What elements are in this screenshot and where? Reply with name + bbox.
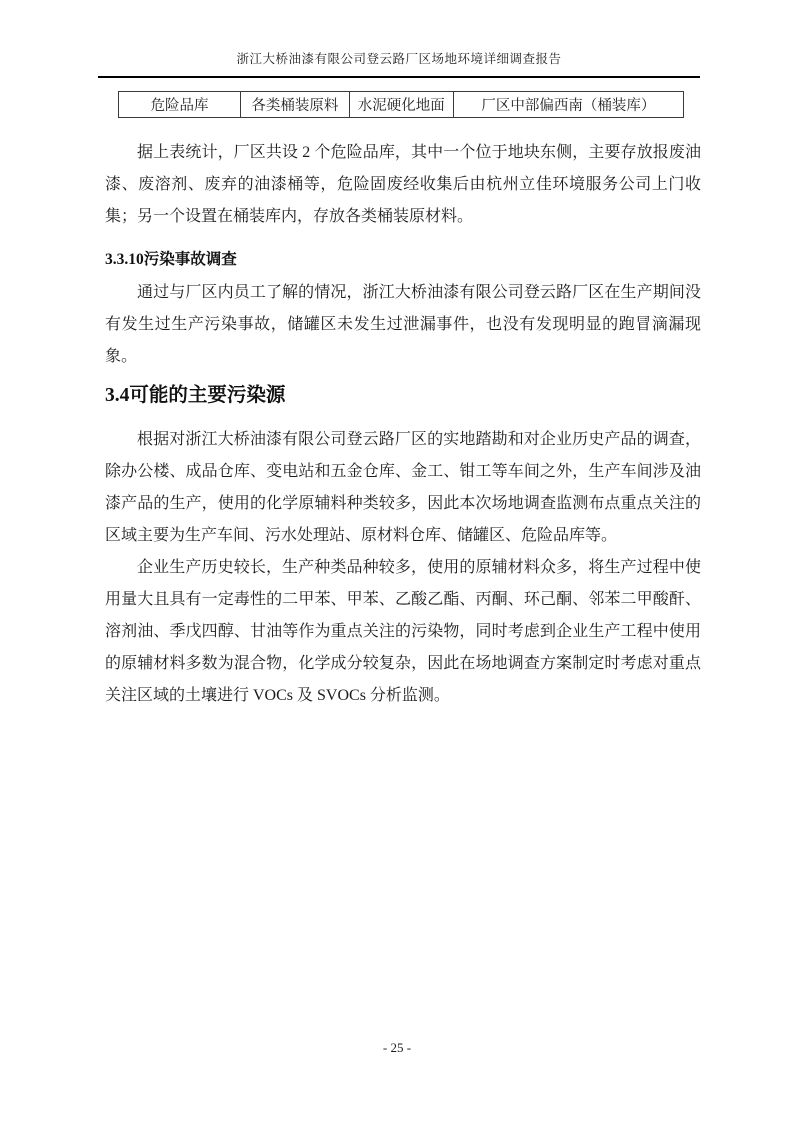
heading-3-3-10-pollution-accident-survey: 3.3.10污染事故调查 bbox=[105, 250, 701, 270]
table-cell-materials: 各类桶装原料 bbox=[241, 92, 350, 118]
page-number: - 25 - bbox=[0, 1040, 794, 1056]
paragraph-pollution-accident: 通过与厂区内员工了解的情况，浙江大桥油漆有限公司登云路厂区在生产期间没有发生过生… bbox=[105, 277, 701, 373]
table-cell-location: 厂区中部偏西南（桶装库） bbox=[453, 92, 683, 118]
hazard-store-table: 危险品库 各类桶装原料 水泥硬化地面 厂区中部偏西南（桶装库） bbox=[118, 91, 684, 118]
paragraph-hazard-store-summary: 据上表统计，厂区共设 2 个危险品库，其中一个位于地块东侧，主要存放报废油漆、废… bbox=[105, 137, 701, 233]
paragraph-pollutants-of-concern: 企业生产历史较长，生产种类品种较多，使用的原辅材料众多，将生产过程中使用量大且具… bbox=[105, 552, 701, 712]
heading-3-4-possible-main-pollution-sources: 3.4可能的主要污染源 bbox=[105, 384, 701, 408]
paragraph-site-survey-focus-areas: 根据对浙江大桥油漆有限公司登云路厂区的实地踏勘和对企业历史产品的调查，除办公楼、… bbox=[105, 424, 701, 552]
page-header: 浙江大桥油漆有限公司登云路厂区场地环境详细调查报告 bbox=[98, 0, 700, 78]
table-row: 危险品库 各类桶装原料 水泥硬化地面 厂区中部偏西南（桶装库） bbox=[119, 92, 684, 118]
table-cell-ground-type: 水泥硬化地面 bbox=[349, 92, 453, 118]
table-cell-store-name: 危险品库 bbox=[119, 92, 241, 118]
document-page: 浙江大桥油漆有限公司登云路厂区场地环境详细调查报告 危险品库 各类桶装原料 水泥… bbox=[0, 0, 794, 1123]
